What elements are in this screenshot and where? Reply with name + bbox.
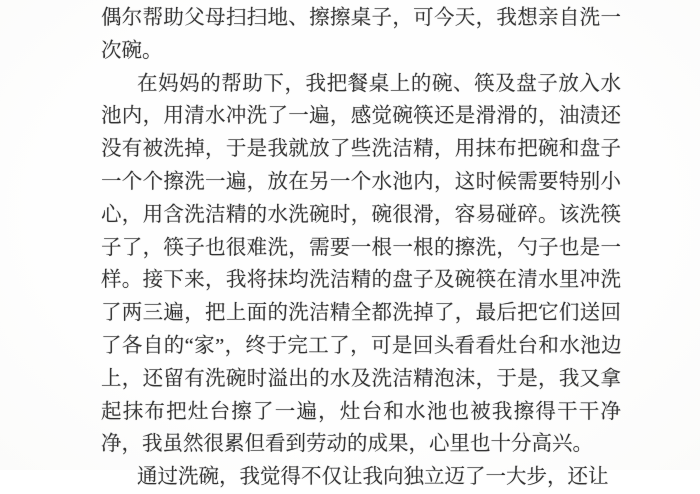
text-line-11: 了各自的“家”，终于完工了，可是回头看看灶台和水池边 bbox=[101, 330, 621, 363]
text-line-9: 样。接下来，我将抹均洗洁精的盘子及碗筷在清水里冲洗 bbox=[101, 264, 621, 297]
text-line-5: 没有被洗掉，于是我就放了些洗洁精，用抹布把碗和盘子 bbox=[101, 133, 621, 166]
document-page: 偶尔帮助父母扫扫地、擦擦桌子，可今天，我想亲自洗一次碗。在妈妈的帮助下，我把餐桌… bbox=[0, 0, 700, 470]
text-line-3: 在妈妈的帮助下，我把餐桌上的碗、筷及盘子放入水 bbox=[101, 68, 621, 101]
text-line-15: 通过洗碗，我觉得不仅让我向独立迈了一大步，还让 bbox=[101, 461, 621, 470]
text-line-7: 心，用含洗洁精的水洗碗时，碗很滑，容易碰碎。该洗筷 bbox=[101, 199, 621, 232]
text-line-4: 池内，用清水冲洗了一遍，感觉碗筷还是滑滑的，油渍还 bbox=[101, 100, 621, 133]
text-line-14: 净，我虽然很累但看到劳动的成果，心里也十分高兴。 bbox=[101, 428, 621, 461]
text-line-8: 子了，筷子也很难洗，需要一根一根的擦洗，勺子也是一 bbox=[101, 232, 621, 265]
text-line-12: 上，还留有洗碗时溢出的水及洗洁精泡沫，于是，我又拿 bbox=[101, 363, 621, 396]
text-line-2: 次碗。 bbox=[101, 35, 621, 68]
text-line-6: 一个个擦洗一遍，放在另一个水池内，这时候需要特别小 bbox=[101, 166, 621, 199]
text-line-1: 偶尔帮助父母扫扫地、擦擦桌子，可今天，我想亲自洗一 bbox=[101, 2, 621, 35]
text-block: 偶尔帮助父母扫扫地、擦擦桌子，可今天，我想亲自洗一次碗。在妈妈的帮助下，我把餐桌… bbox=[101, 2, 621, 470]
text-line-13: 起抹布把灶台擦了一遍，灶台和水池也被我擦得干干净 bbox=[101, 396, 621, 429]
text-line-10: 了两三遍，把上面的洗洁精全都洗掉了，最后把它们送回 bbox=[101, 297, 621, 330]
